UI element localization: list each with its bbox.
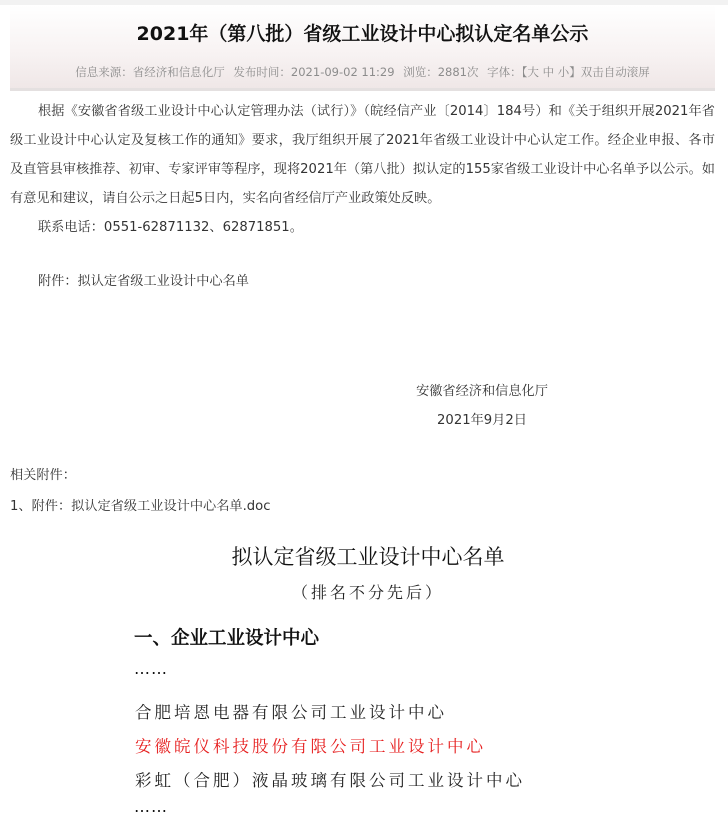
list-item: 合肥培恩电器有限公司工业设计中心 bbox=[135, 699, 447, 723]
views-label: 浏览： bbox=[403, 65, 438, 79]
list-item-highlighted: 安徽皖仪科技股份有限公司工业设计中心 bbox=[135, 733, 486, 757]
signature-org: 安徽省经济和信息化厅 bbox=[412, 377, 552, 406]
list-item: 彩虹（合肥）液晶玻璃有限公司工业设计中心 bbox=[135, 767, 525, 791]
font-bracket-close: 】 bbox=[569, 65, 581, 79]
article-paragraph-contact: 联系电话：0551-62871132、62871851。 bbox=[10, 213, 715, 242]
article-title: 2021年（第八批）省级工业设计中心拟认定名单公示 bbox=[10, 19, 715, 46]
font-size-label: 字体： bbox=[487, 65, 522, 79]
section-heading: 一、企业工业设计中心 bbox=[134, 624, 319, 650]
article-paragraph-main: 根据《安徽省省级工业设计中心认定管理办法（试行）》（皖经信产业〔2014〕184… bbox=[10, 97, 715, 213]
autoscroll-hint: 双击自动滚屏 bbox=[581, 65, 650, 79]
signature-block: 安徽省经济和信息化厅 2021年9月2日 bbox=[412, 377, 552, 435]
attachment-note: 附件：拟认定省级工业设计中心名单 bbox=[38, 267, 249, 296]
font-small-button[interactable]: 小 bbox=[558, 65, 570, 79]
article-meta: 信息来源：省经济和信息化厅 发布时间：2021-09-02 11:29 浏览：2… bbox=[10, 64, 715, 80]
signature-date: 2021年9月2日 bbox=[412, 406, 552, 435]
views-count: 2881次 bbox=[438, 65, 479, 79]
article-header: 2021年（第八批）省级工业设计中心拟认定名单公示 信息来源：省经济和信息化厅 … bbox=[10, 5, 715, 91]
source-value: 省经济和信息化厅 bbox=[133, 65, 225, 79]
related-attachments-label: 相关附件： bbox=[10, 461, 76, 490]
font-large-button[interactable]: 大 bbox=[527, 65, 539, 79]
font-medium-button[interactable]: 中 bbox=[543, 65, 555, 79]
document-subtitle: （排名不分先后） bbox=[0, 580, 728, 603]
publish-time: 2021-09-02 11:29 bbox=[291, 65, 395, 79]
publish-label: 发布时间： bbox=[233, 65, 291, 79]
source-label: 信息来源： bbox=[75, 65, 133, 79]
attachment-link-doc[interactable]: 1、附件：拟认定省级工业设计中心名单.doc bbox=[10, 492, 270, 521]
article-body: 根据《安徽省省级工业设计中心认定管理办法（试行）》（皖经信产业〔2014〕184… bbox=[10, 97, 715, 242]
ellipsis-bottom: …… bbox=[134, 797, 168, 816]
ellipsis-top: …… bbox=[134, 659, 168, 678]
document-title: 拟认定省级工业设计中心名单 bbox=[0, 541, 728, 571]
